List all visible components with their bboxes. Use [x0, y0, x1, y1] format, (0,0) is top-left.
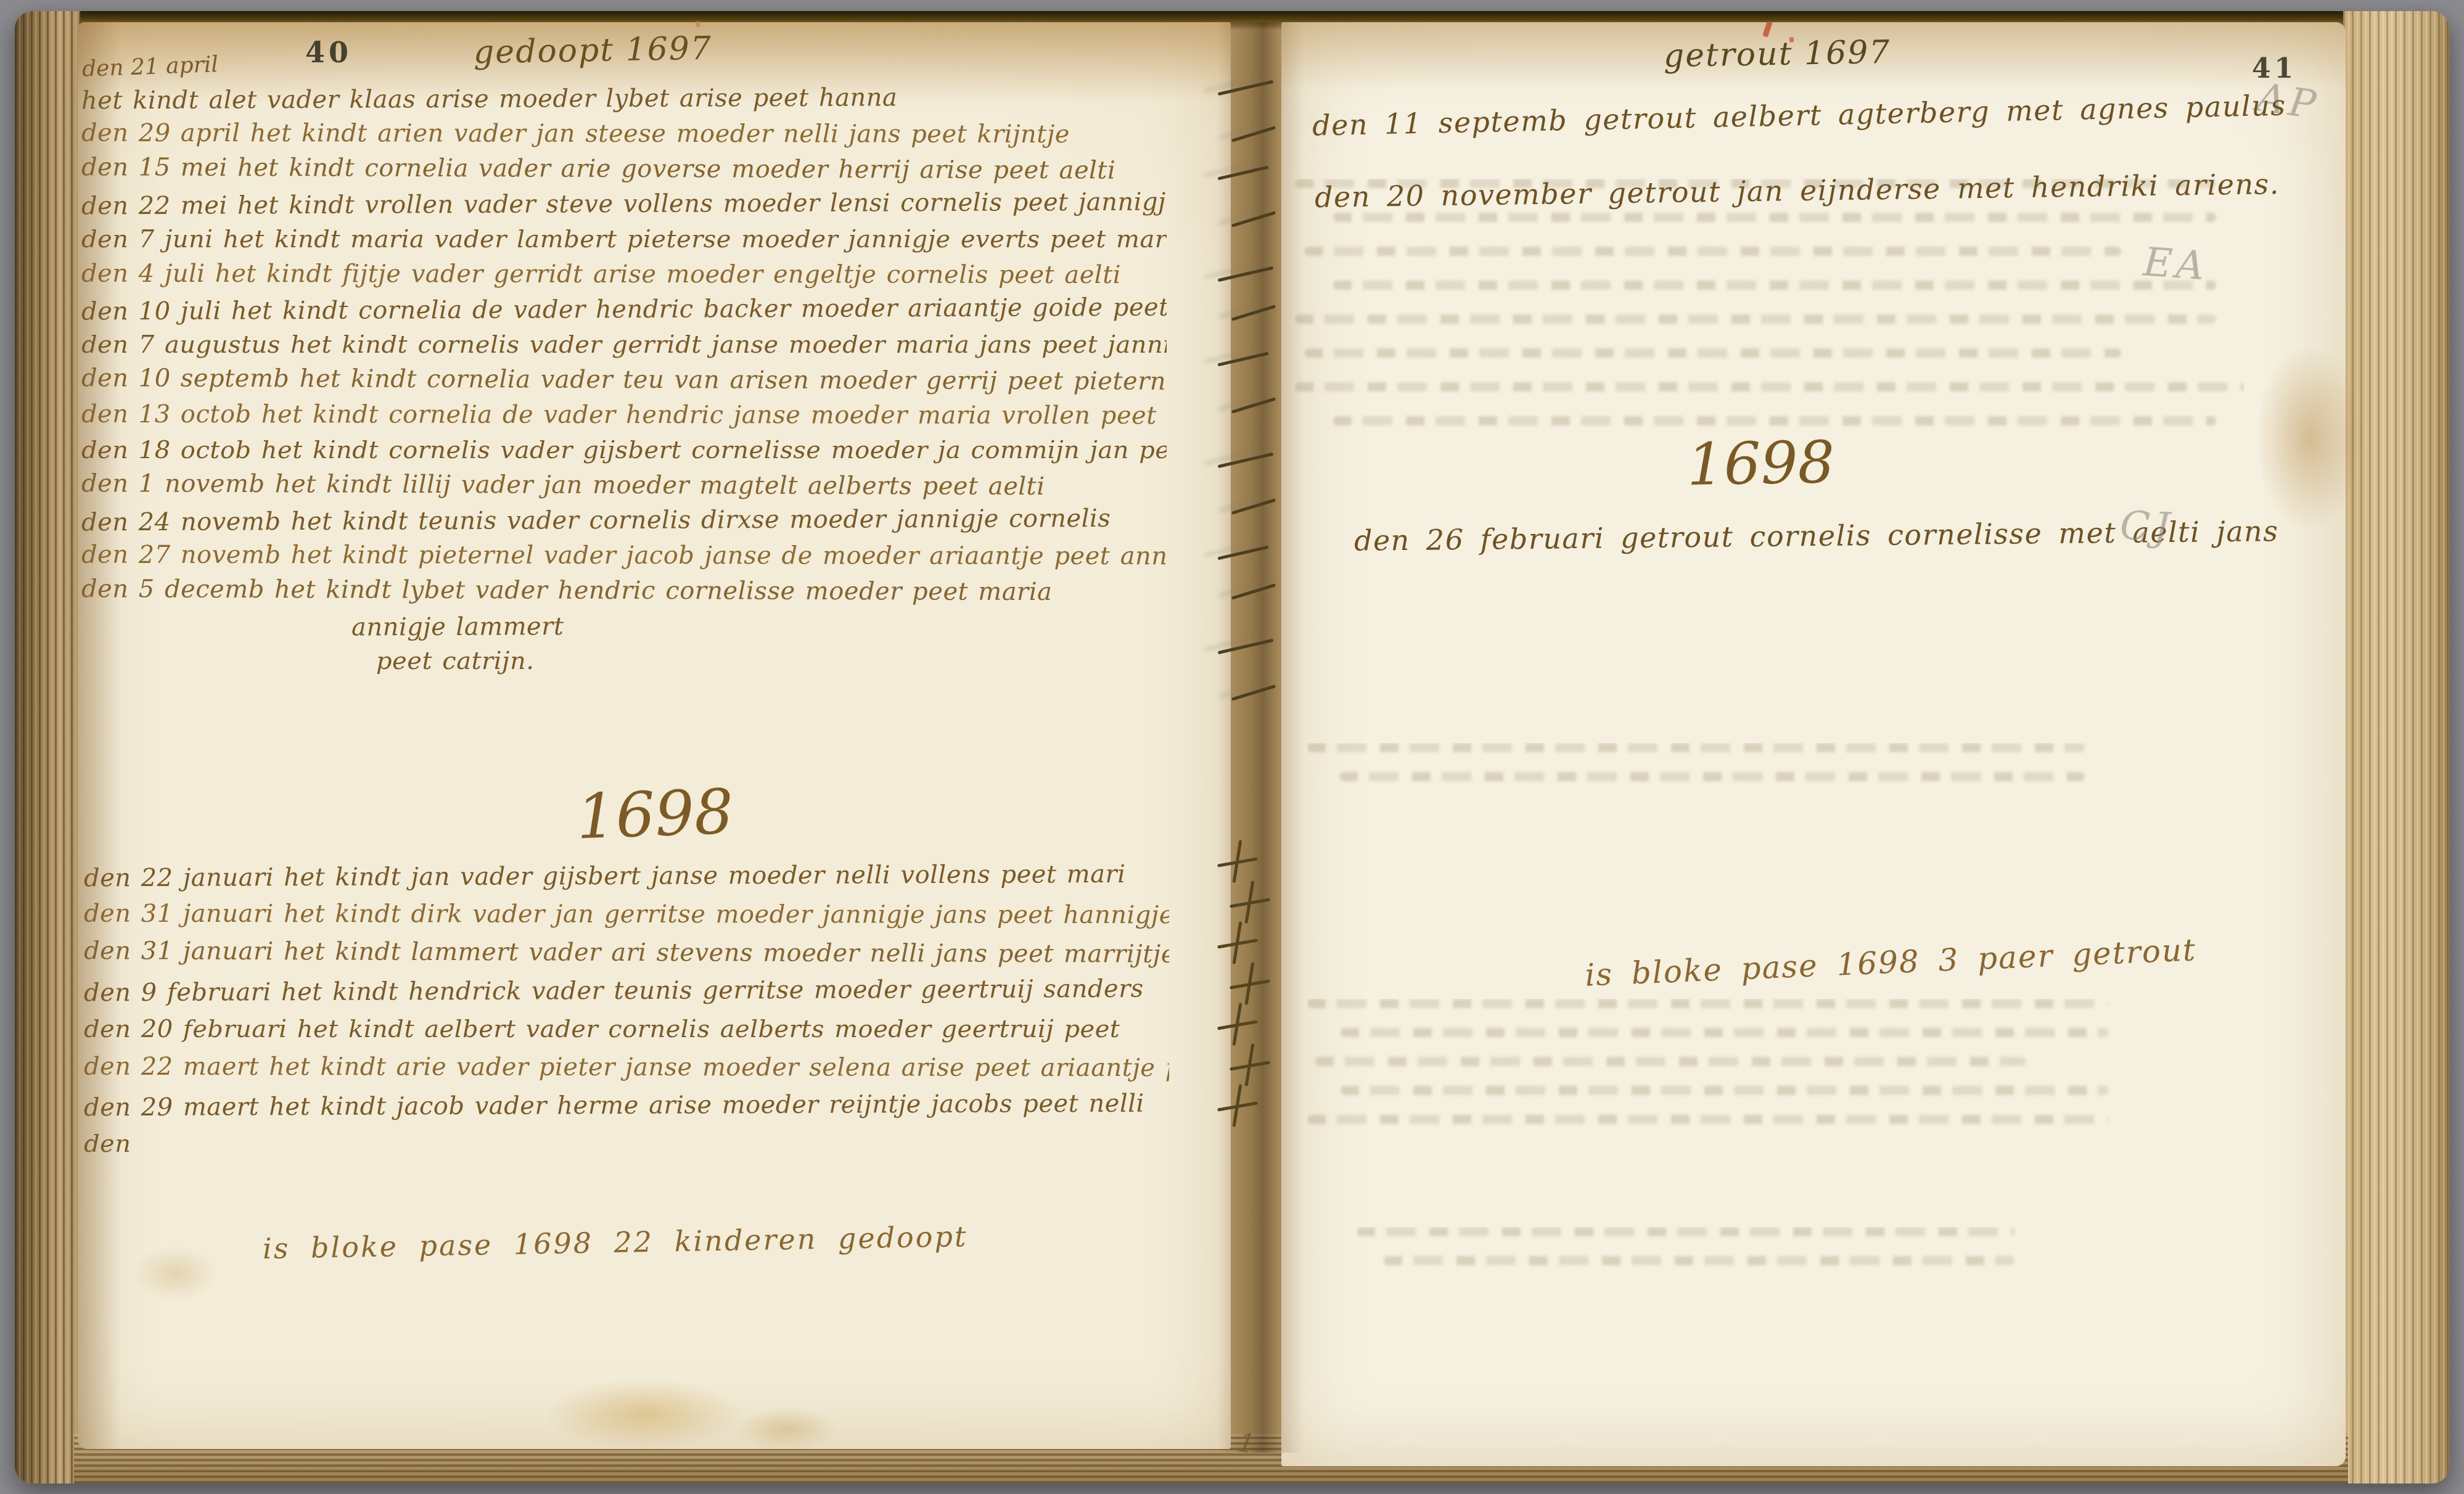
right-page-summary-line: is bloke pase 1698 3 paer getrout: [1584, 932, 2197, 993]
baptism-record-line: den 10 septemb het kindt cornelia vader …: [81, 361, 1167, 400]
tally-slash-mark: [1218, 546, 1269, 560]
bleed-through-line: [1304, 348, 2121, 358]
left-page-summary-line: is bloke pase 1698 22 kinderen gedoopt: [263, 1220, 968, 1265]
baptism-records-1697: het kindt alet vader klaas arise moeder …: [81, 81, 1167, 679]
tally-cross-mark: [1217, 845, 1258, 880]
bleed-through-line: [1357, 1227, 2014, 1236]
tally-slash-mark: [1231, 498, 1276, 514]
right-page-heading: getrout 1697: [1664, 34, 1891, 75]
bleed-through-line: [1341, 1028, 2109, 1037]
baptism-record-line: den 20 februari het kindt aelbert vader …: [84, 1010, 1169, 1048]
pencil-monogram: CJ: [2119, 504, 2174, 551]
baptism-record-line: den 10 juli het kindt cornelia de vader …: [81, 290, 1167, 330]
baptism-record-line: den 4 juli het kindt fijtje vader gerrid…: [81, 257, 1167, 293]
right-year-heading-1698: 1698: [1686, 429, 1835, 499]
paper-stain: [543, 1379, 746, 1450]
bleed-through-line: [1307, 743, 2085, 752]
baptism-record-line: peet catrijn.: [376, 644, 1167, 679]
book-left-page-stack-edge: [15, 11, 80, 1484]
baptism-record-line: den 29 maert het kindt jacob vader herme…: [84, 1085, 1169, 1127]
bleed-through-block: [1295, 179, 2244, 469]
baptism-record-line: den 24 novemb het kindt teunis vader cor…: [81, 501, 1167, 541]
bleed-through-line: [1333, 416, 2216, 425]
bleed-through-line: [1315, 1057, 2026, 1066]
tally-cross-mark: [1230, 967, 1270, 1003]
red-ink-speck: [696, 21, 700, 27]
baptism-record-line: den 13 octob het kindt cornelia de vader…: [81, 397, 1167, 433]
tally-slash-mark: [1218, 266, 1274, 282]
bleed-through-line: [1333, 213, 2216, 222]
baptism-record-line: den 22 januari het kindt jan vader gijsb…: [84, 855, 1169, 898]
tally-cross-mark: [1230, 1048, 1270, 1084]
bleed-through-line: [1384, 1256, 2014, 1265]
bleed-through-line: [1333, 281, 2216, 290]
baptism-records-1698: den 22 januari het kindt jan vader gijsb…: [84, 857, 1169, 1163]
left-page: 40 gedoopt 1697 den 21 april het kindt a…: [78, 22, 1231, 1449]
tally-slash-column: [1207, 86, 1287, 694]
tally-slash-mark: [1231, 305, 1276, 321]
tally-cross-mark: [1230, 885, 1270, 921]
tally-slash-mark: [1218, 453, 1274, 469]
tally-slash-mark: [1231, 397, 1276, 413]
right-page: getrout 1697 41 AP den 11 septemb getrou…: [1281, 22, 2346, 1466]
left-page-date-note: den 21 april: [81, 52, 218, 82]
baptism-record-line: den 31 januari het kindt lammert vader a…: [84, 932, 1169, 974]
baptism-record-line: den 15 mei het kindt cornelia vader arie…: [81, 150, 1167, 189]
baptism-record-line: den 7 augustus het kindt cornelis vader …: [81, 327, 1167, 363]
paper-stain: [2257, 345, 2362, 530]
tally-cross-mark: [1217, 926, 1258, 962]
tally-slash-mark: [1231, 211, 1276, 227]
baptism-record-line: den 18 octob het kindt cornelis vader gi…: [81, 433, 1167, 468]
bleed-through-block: [1357, 1227, 2035, 1283]
tally-slash-mark: [1218, 352, 1269, 367]
red-ink-speck: [1789, 37, 1794, 43]
tally-slash-mark: [1231, 126, 1276, 142]
baptism-record-line: den 1 novemb het kindt lillij vader jan …: [81, 466, 1167, 505]
tally-cross-mark: [1217, 1008, 1258, 1043]
bleed-through-line: [1304, 247, 2121, 256]
baptism-record-line: den 31 januari het kindt dirk vader jan …: [84, 895, 1169, 934]
paper-stain: [734, 1407, 839, 1451]
baptism-record-line: den 22 maert het kindt arie vader pieter…: [84, 1048, 1169, 1087]
baptism-record-line: den 5 decemb het kindt lybet vader hendr…: [81, 572, 1167, 610]
tally-slash-mark: [1218, 639, 1274, 655]
paper-stain: [132, 1246, 218, 1301]
left-page-heading: gedoopt 1697: [474, 30, 713, 72]
left-page-number: 40: [305, 36, 352, 69]
pencil-monogram: EA: [2142, 239, 2210, 289]
baptism-record-line: het kindt alet vader klaas arise moeder …: [81, 80, 1167, 119]
tally-slash-mark: [1218, 166, 1269, 181]
tally-cross-mark: [1217, 1089, 1258, 1125]
baptism-record-line: annigje lammert: [351, 607, 1167, 645]
bleed-through-line: [1341, 1086, 2109, 1095]
bleed-through-block: [1307, 743, 2109, 805]
baptism-record-line: den 29 april het kindt arien vader jan s…: [81, 116, 1167, 152]
tally-cross-column: [1202, 840, 1283, 1125]
baptism-record-line: den 7 juni het kindt maria vader lambert…: [81, 222, 1167, 257]
tally-slash-mark: [1231, 583, 1276, 599]
baptism-record-line: den 22 mei het kindt vrollen vader steve…: [81, 185, 1167, 224]
marriage-record-line: den 11 septemb getrout aelbert agterberg…: [1312, 88, 2286, 142]
bleed-through-line: [1295, 314, 2216, 324]
bleed-through-line: [1339, 772, 2085, 781]
baptism-record-line: den 27 novemb het kindt pieternel vader …: [81, 538, 1167, 574]
baptism-record-line: den: [84, 1125, 1169, 1163]
bleed-through-line: [1307, 999, 2109, 1008]
bleed-through-line: [1307, 1115, 2109, 1124]
book-fore-edge: [2343, 11, 2449, 1484]
bleed-through-block: [1307, 999, 2133, 1178]
baptism-record-line: den 9 februari het kindt hendrick vader …: [84, 970, 1169, 1012]
bleed-through-line: [1295, 382, 2244, 392]
left-year-heading-1698: 1698: [575, 776, 734, 853]
